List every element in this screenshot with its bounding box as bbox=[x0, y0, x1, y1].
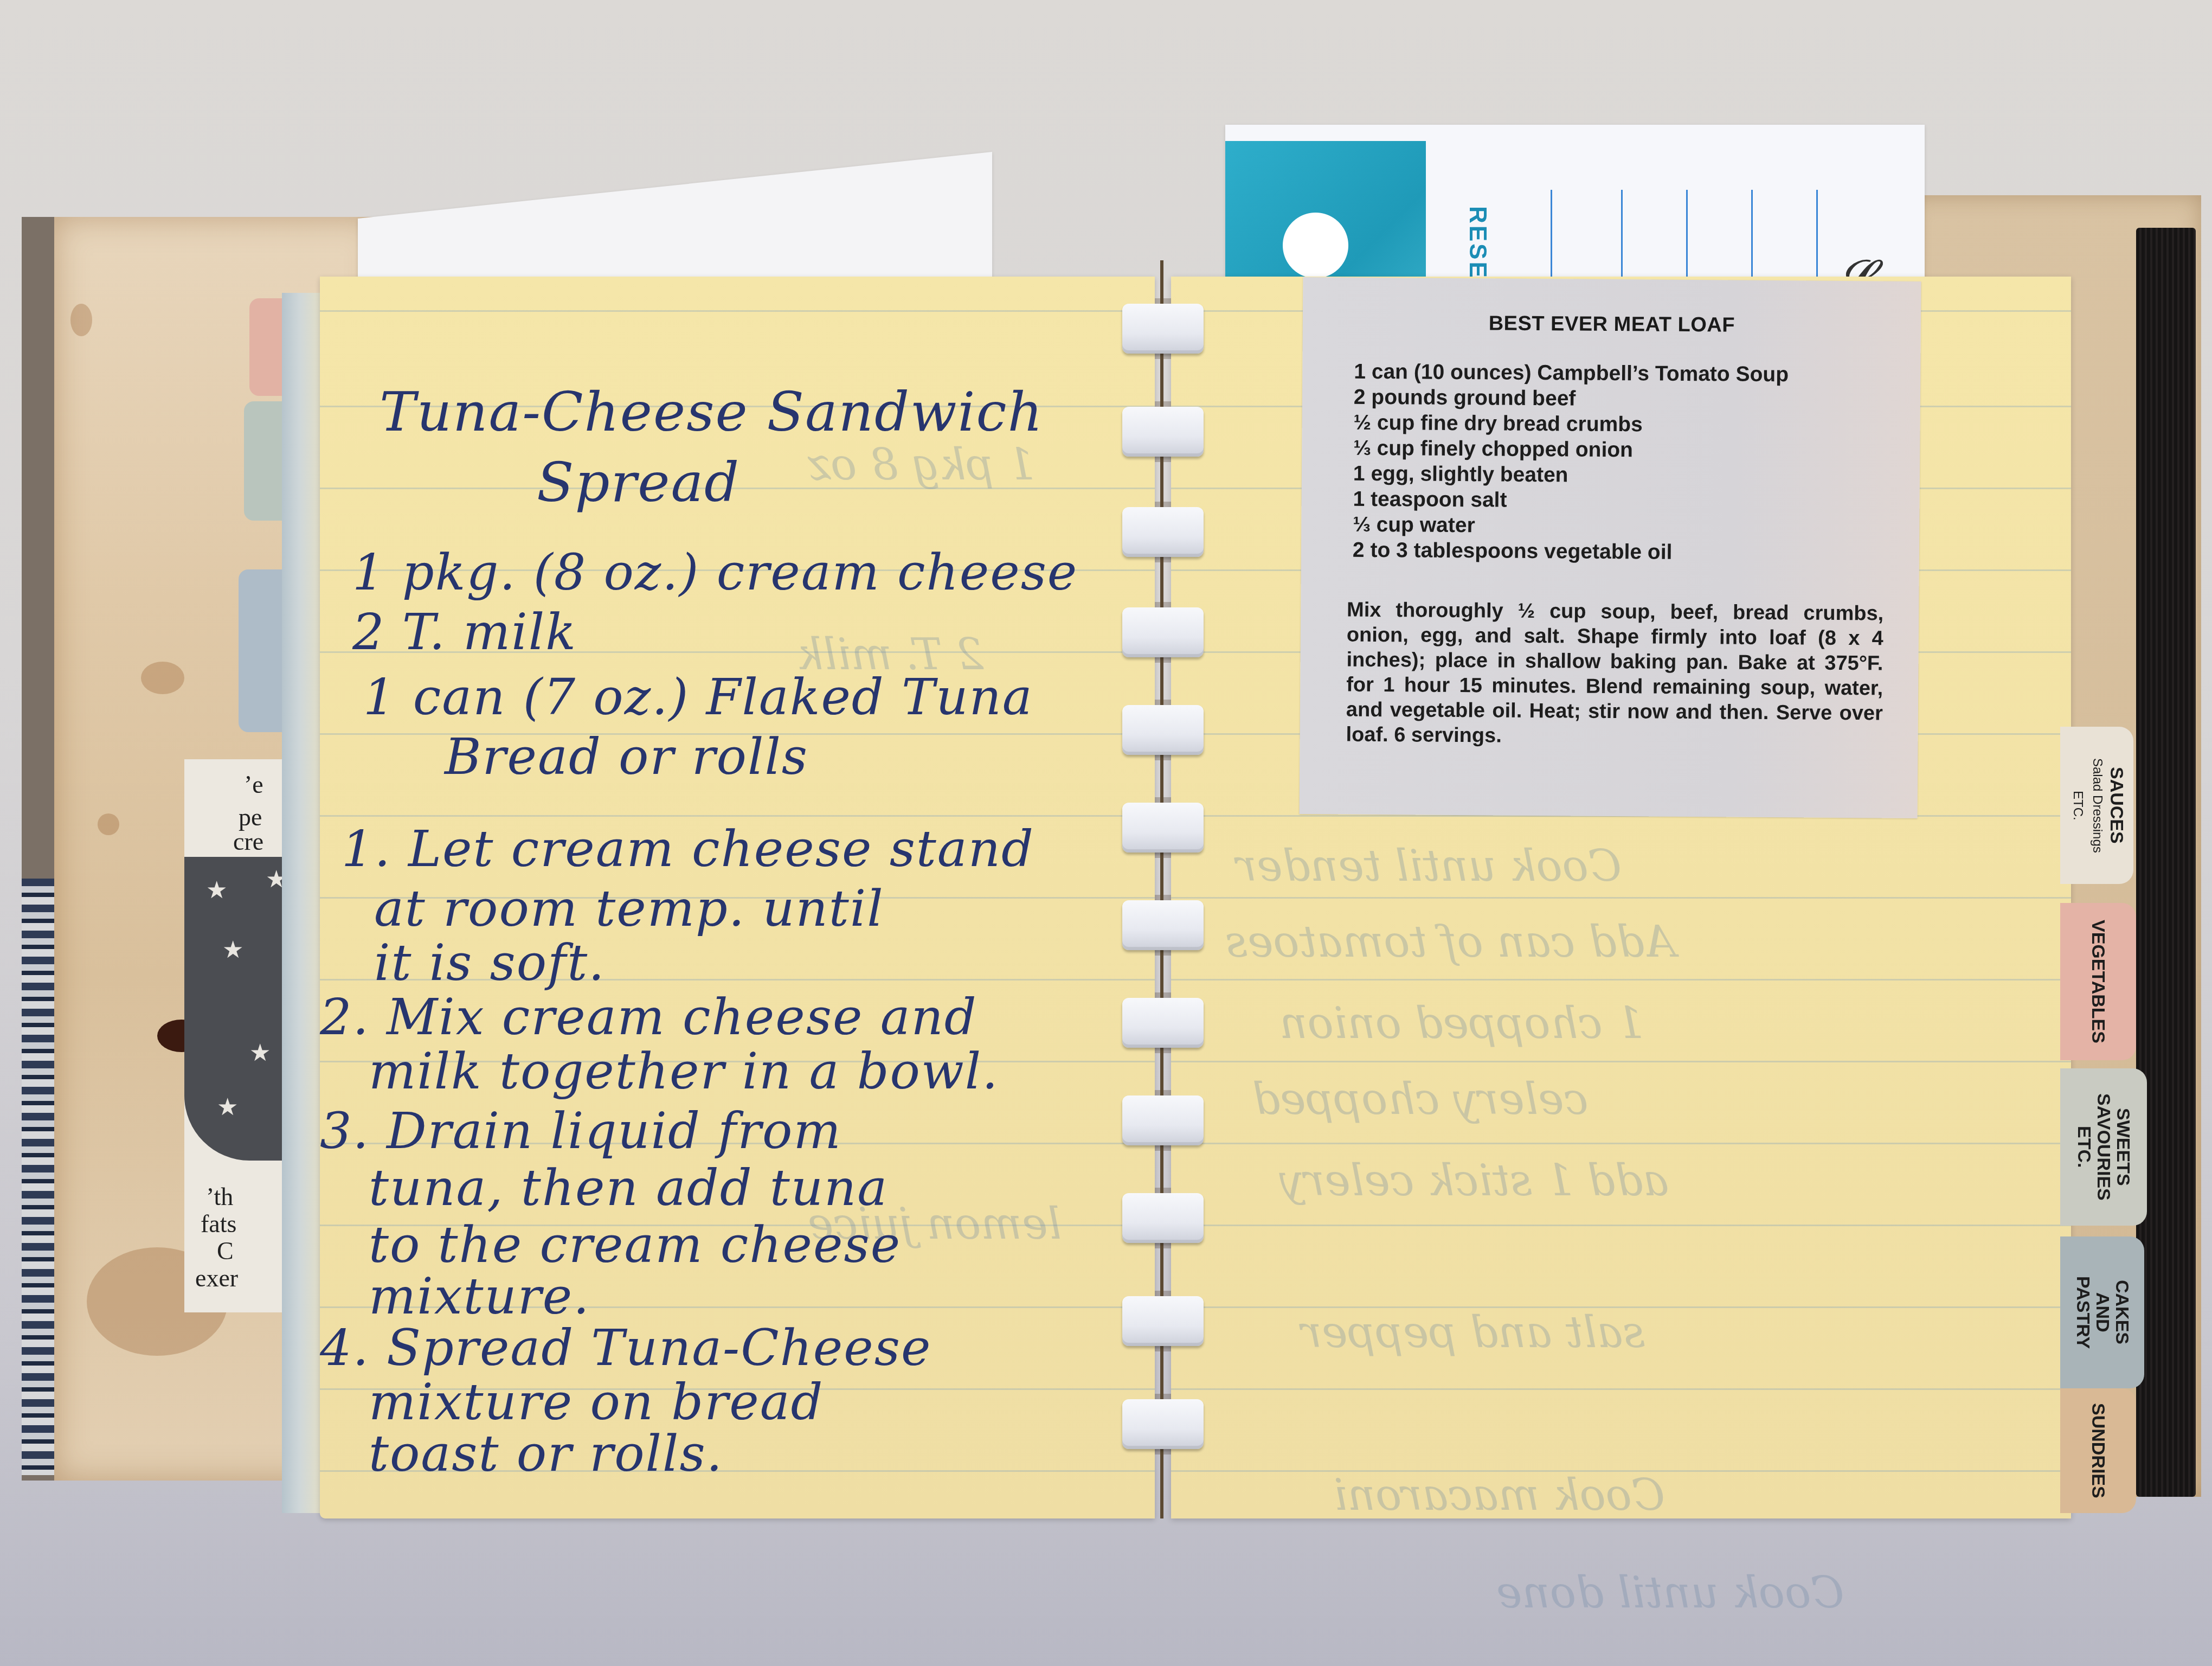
binding-coil bbox=[1122, 1095, 1204, 1145]
left-notebook-page: 1 pkg 8 oz 2 T. milk lemon juice Tuna-Ch… bbox=[320, 277, 1155, 1518]
clipping-ingredient: ½ cup fine dry bread crumbs bbox=[1353, 410, 1788, 439]
binding-coil bbox=[1122, 803, 1204, 853]
clipping-ingredient: 2 to 3 tablespoons vegetable oil bbox=[1353, 537, 1787, 566]
page-stack-edge bbox=[282, 293, 325, 1513]
ingredient-line: 2 T. milk bbox=[352, 607, 577, 657]
step-line: tuna, then add tuna bbox=[369, 1163, 888, 1213]
binding-coil bbox=[1122, 1296, 1204, 1346]
binding-coil bbox=[1122, 507, 1204, 557]
clipping-ingredient-list: 1 can (10 ounces) Campbell’s Tomato Soup… bbox=[1353, 359, 1789, 566]
tab-vegetables[interactable]: VEGETABLES bbox=[2060, 903, 2136, 1060]
spiral-binding bbox=[1122, 304, 1204, 1497]
step-line: 1. Let cream cheese stand bbox=[342, 824, 1034, 874]
tab-sundries[interactable]: SUNDRIES bbox=[2060, 1388, 2136, 1513]
binding-coil bbox=[1122, 407, 1204, 457]
tab-cakes-pastry[interactable]: CAKESANDPASTRY bbox=[2060, 1236, 2144, 1388]
binding-coil bbox=[1122, 304, 1204, 354]
recipe-title-line2: Spread bbox=[537, 456, 740, 510]
step-line: 3. Drain liquid from bbox=[320, 1106, 842, 1156]
binding-coil bbox=[1122, 607, 1204, 657]
meatloaf-recipe-clipping: BEST EVER MEAT LOAF 1 can (10 ounces) Ca… bbox=[1300, 277, 1921, 818]
clipping-ingredient: 2 pounds ground beef bbox=[1354, 385, 1789, 413]
ingredient-line: Bread or rolls bbox=[445, 732, 808, 782]
step-line: to the cream cheese bbox=[369, 1220, 901, 1270]
binding-coil bbox=[1122, 705, 1204, 755]
step-line: 4. Spread Tuna-Cheese bbox=[320, 1323, 931, 1373]
clipping-ingredient: ⅓ cup finely chopped onion bbox=[1353, 435, 1788, 464]
clipping-title: BEST EVER MEAT LOAF bbox=[1303, 311, 1921, 338]
binding-coil bbox=[1122, 1399, 1204, 1449]
binding-coil bbox=[1122, 1193, 1204, 1243]
ingredient-line: 1 can (7 oz.) Flaked Tuna bbox=[363, 672, 1033, 722]
clipping-method: Mix thoroughly ½ cup soup, beef, bread c… bbox=[1346, 598, 1883, 751]
clipping-ingredient: ⅓ cup water bbox=[1353, 512, 1787, 541]
clipping-ingredient: 1 egg, slightly beaten bbox=[1353, 461, 1788, 490]
step-line: milk together in a bowl. bbox=[369, 1047, 999, 1097]
binding-coil bbox=[1122, 900, 1204, 950]
step-line: mixture. bbox=[369, 1272, 590, 1322]
step-line: at room temp. until bbox=[374, 884, 884, 934]
recipe-title-line1: Tuna-Cheese Sandwich bbox=[380, 385, 1044, 439]
clipping-ingredient: 1 can (10 ounces) Campbell’s Tomato Soup bbox=[1354, 359, 1789, 388]
step-line: 2. Mix cream cheese and bbox=[320, 992, 978, 1042]
tab-sweets-savouries[interactable]: SWEETSSAVOURIESETC. bbox=[2060, 1068, 2147, 1226]
step-line: toast or rolls. bbox=[369, 1429, 723, 1479]
clipping-ingredient: 1 teaspoon salt bbox=[1353, 486, 1787, 515]
section-tabs: SAUCESSalad DressingsETC. VEGETABLES SWE… bbox=[2060, 716, 2212, 1518]
step-line: it is soft. bbox=[374, 938, 605, 988]
step-line: mixture on bread bbox=[369, 1377, 824, 1427]
ingredient-line: 1 pkg. (8 oz.) cream cheese bbox=[352, 548, 1078, 598]
marbled-spine-edge bbox=[22, 879, 54, 1475]
binding-coil bbox=[1122, 998, 1204, 1048]
tab-sauces[interactable]: SAUCESSalad DressingsETC. bbox=[2060, 727, 2133, 884]
